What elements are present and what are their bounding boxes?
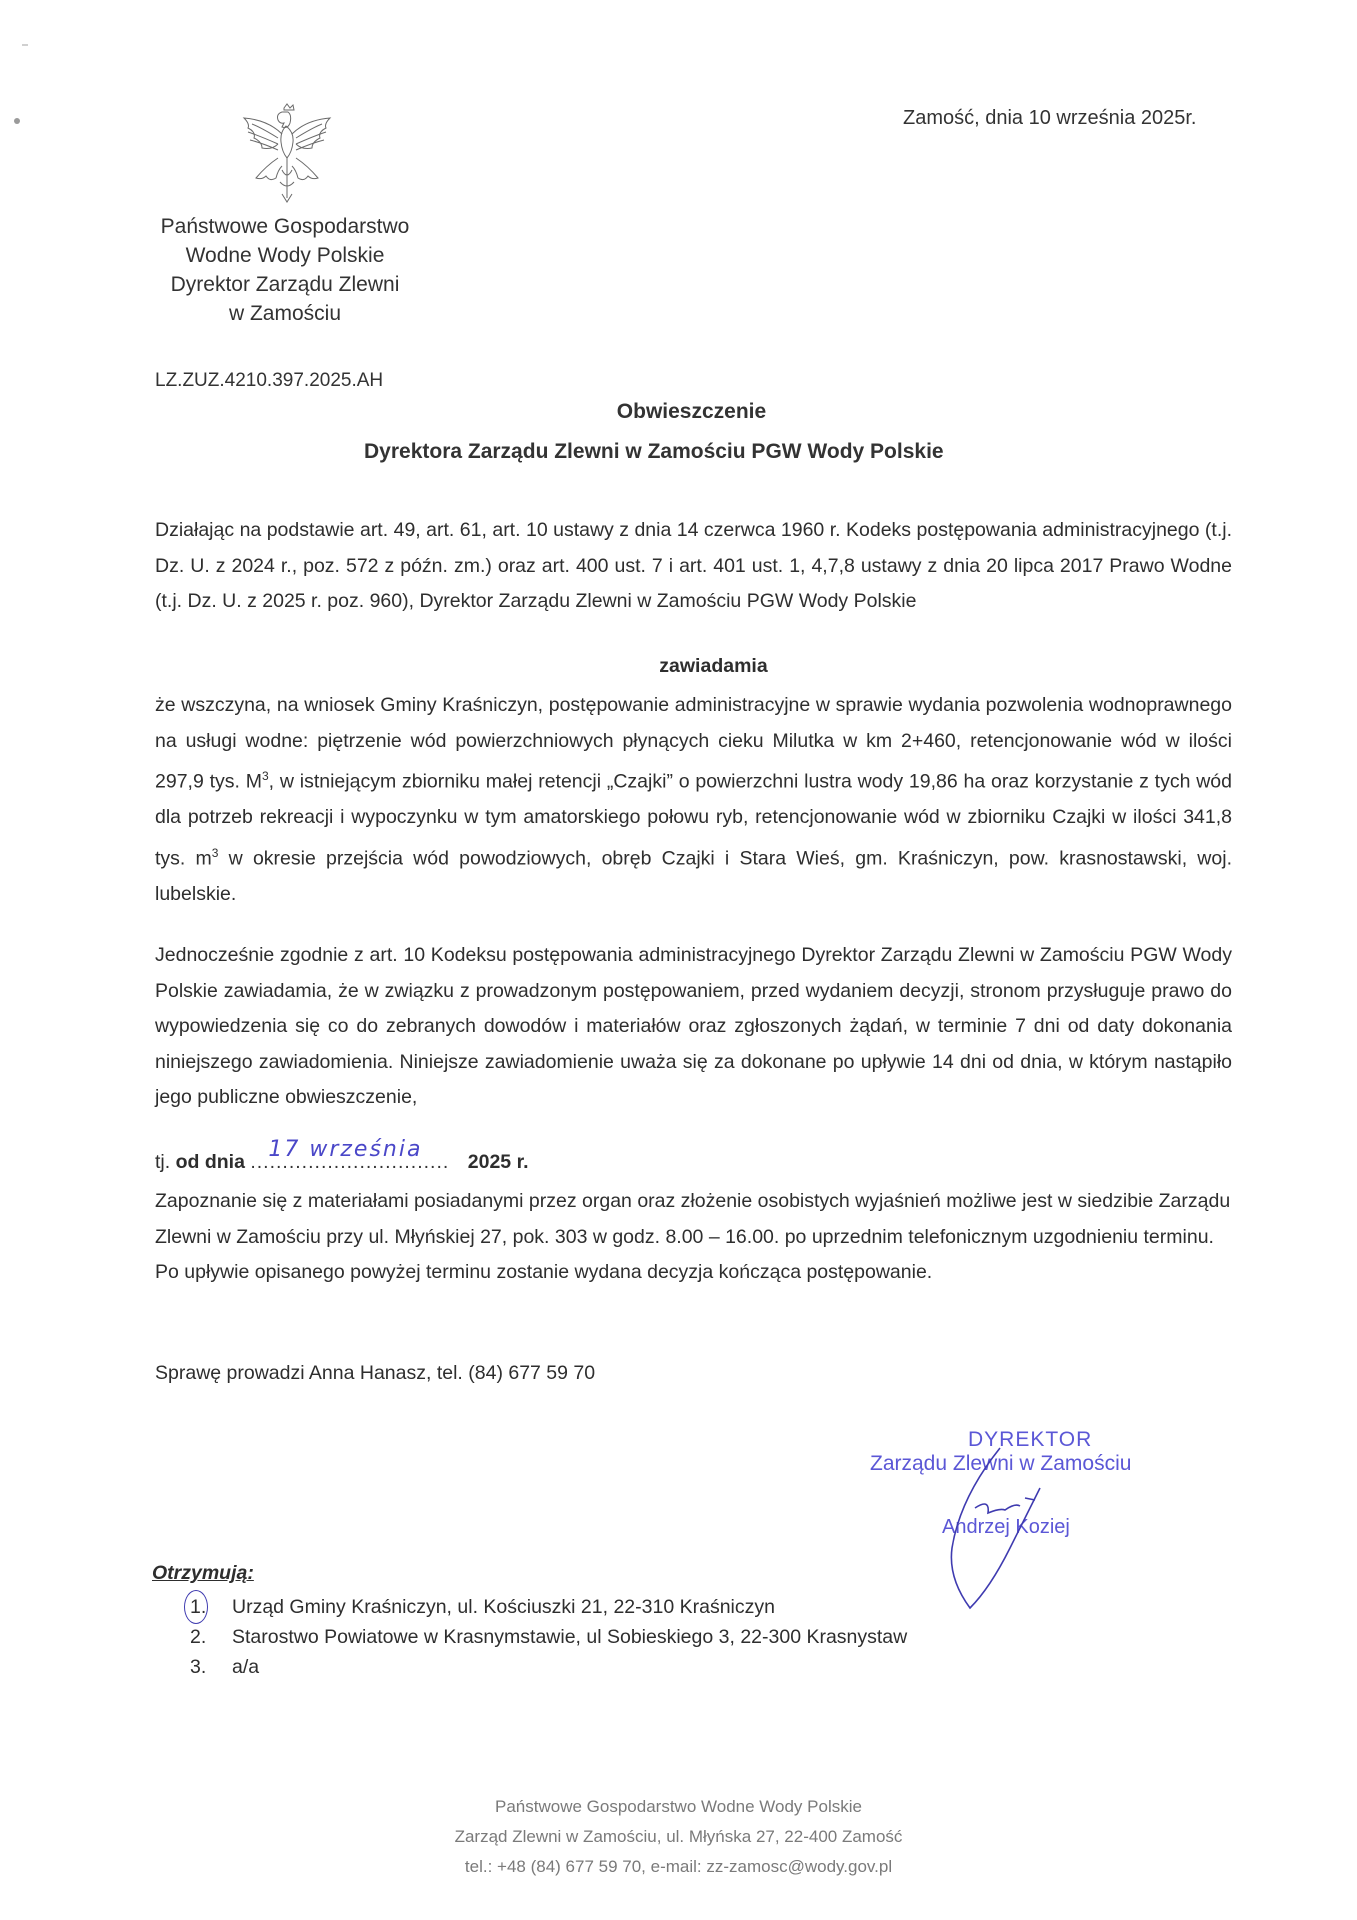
- issuing-authority: Państwowe Gospodarstwo Wodne Wody Polski…: [130, 212, 440, 328]
- notify-word: zawiadamia: [659, 655, 767, 678]
- org-line: Wodne Wody Polskie: [130, 241, 440, 270]
- document-title: Obwieszczenie: [0, 400, 1357, 424]
- org-line: Państwowe Gospodarstwo: [130, 212, 440, 241]
- document-subtitle: Dyrektora Zarządu Zlewni w Zamościu PGW …: [364, 440, 944, 464]
- recipient-text: a/a: [232, 1652, 259, 1682]
- list-number: 1.: [190, 1592, 232, 1622]
- list-item: 1. Urząd Gminy Kraśniczyn, ul. Kościuszk…: [190, 1592, 907, 1622]
- polish-eagle-emblem-icon: [232, 100, 342, 210]
- date-label: od dnia: [176, 1151, 245, 1173]
- list-item: 2. Starostwo Powiatowe w Krasnymstawie, …: [190, 1622, 907, 1652]
- recipient-text: Urząd Gminy Kraśniczyn, ul. Kościuszki 2…: [232, 1592, 775, 1622]
- case-number: LZ.ZUZ.4210.397.2025.AH: [155, 370, 383, 392]
- proceedings-text: że wszczyna, na wniosek Gminy Kraśniczyn…: [155, 688, 1232, 912]
- date-prefix: tj.: [155, 1151, 170, 1173]
- notify-heading: zawiadamia: [0, 655, 1357, 678]
- legal-basis-paragraph: Działając na podstawie art. 49, art. 61,…: [155, 513, 1232, 620]
- footer-line: Zarząd Zlewni w Zamościu, ul. Młyńska 27…: [0, 1822, 1357, 1852]
- date-fill-field: ............................... 17 wrześ…: [250, 1151, 462, 1174]
- org-line: Dyrektor Zarządu Zlewni: [130, 270, 440, 299]
- list-item: 3. a/a: [190, 1652, 907, 1682]
- recipients-list: 1. Urząd Gminy Kraśniczyn, ul. Kościuszk…: [190, 1592, 907, 1682]
- list-number: 3.: [190, 1652, 232, 1682]
- inspection-text: Zapoznanie się z materiałami posiadanymi…: [155, 1184, 1232, 1255]
- legal-basis-text: Działając na podstawie art. 49, art. 61,…: [155, 513, 1232, 620]
- scan-dot: [14, 118, 20, 124]
- decision-text: Po upływie opisanego powyżej terminu zos…: [155, 1255, 1232, 1291]
- page-footer: Państwowe Gospodarstwo Wodne Wody Polski…: [0, 1792, 1357, 1882]
- proceedings-text-part: w okresie przejścia wód powodziowych, ob…: [155, 847, 1232, 905]
- superscript: 3: [262, 769, 269, 783]
- list-number: 2.: [190, 1622, 232, 1652]
- document-title-text: Obwieszczenie: [617, 400, 766, 424]
- date-suffix: 2025 r.: [468, 1151, 529, 1173]
- case-officer-contact: Sprawę prowadzi Anna Hanasz, tel. (84) 6…: [155, 1362, 595, 1385]
- handwritten-date: 17 września: [268, 1137, 422, 1162]
- footer-line: Państwowe Gospodarstwo Wodne Wody Polski…: [0, 1792, 1357, 1822]
- rights-paragraph: Jednocześnie zgodnie z art. 10 Kodeksu p…: [155, 938, 1232, 1116]
- recipients-heading: Otrzymują:: [152, 1562, 254, 1585]
- ink-circle-icon: [184, 1590, 208, 1624]
- signature-icon: [930, 1438, 1070, 1618]
- place-and-date: Zamość, dnia 10 września 2025r.: [903, 107, 1197, 130]
- recipient-text: Starostwo Powiatowe w Krasnymstawie, ul …: [232, 1622, 907, 1652]
- footer-line: tel.: +48 (84) 677 59 70, e-mail: zz-zam…: [0, 1852, 1357, 1882]
- proceedings-paragraph: że wszczyna, na wniosek Gminy Kraśniczyn…: [155, 688, 1232, 912]
- inspection-paragraph: Zapoznanie się z materiałami posiadanymi…: [155, 1184, 1232, 1291]
- rights-text: Jednocześnie zgodnie z art. 10 Kodeksu p…: [155, 938, 1232, 1116]
- effective-date-line: tj. od dnia ............................…: [155, 1151, 529, 1174]
- scan-artifact: [22, 44, 28, 46]
- org-line: w Zamościu: [130, 299, 440, 328]
